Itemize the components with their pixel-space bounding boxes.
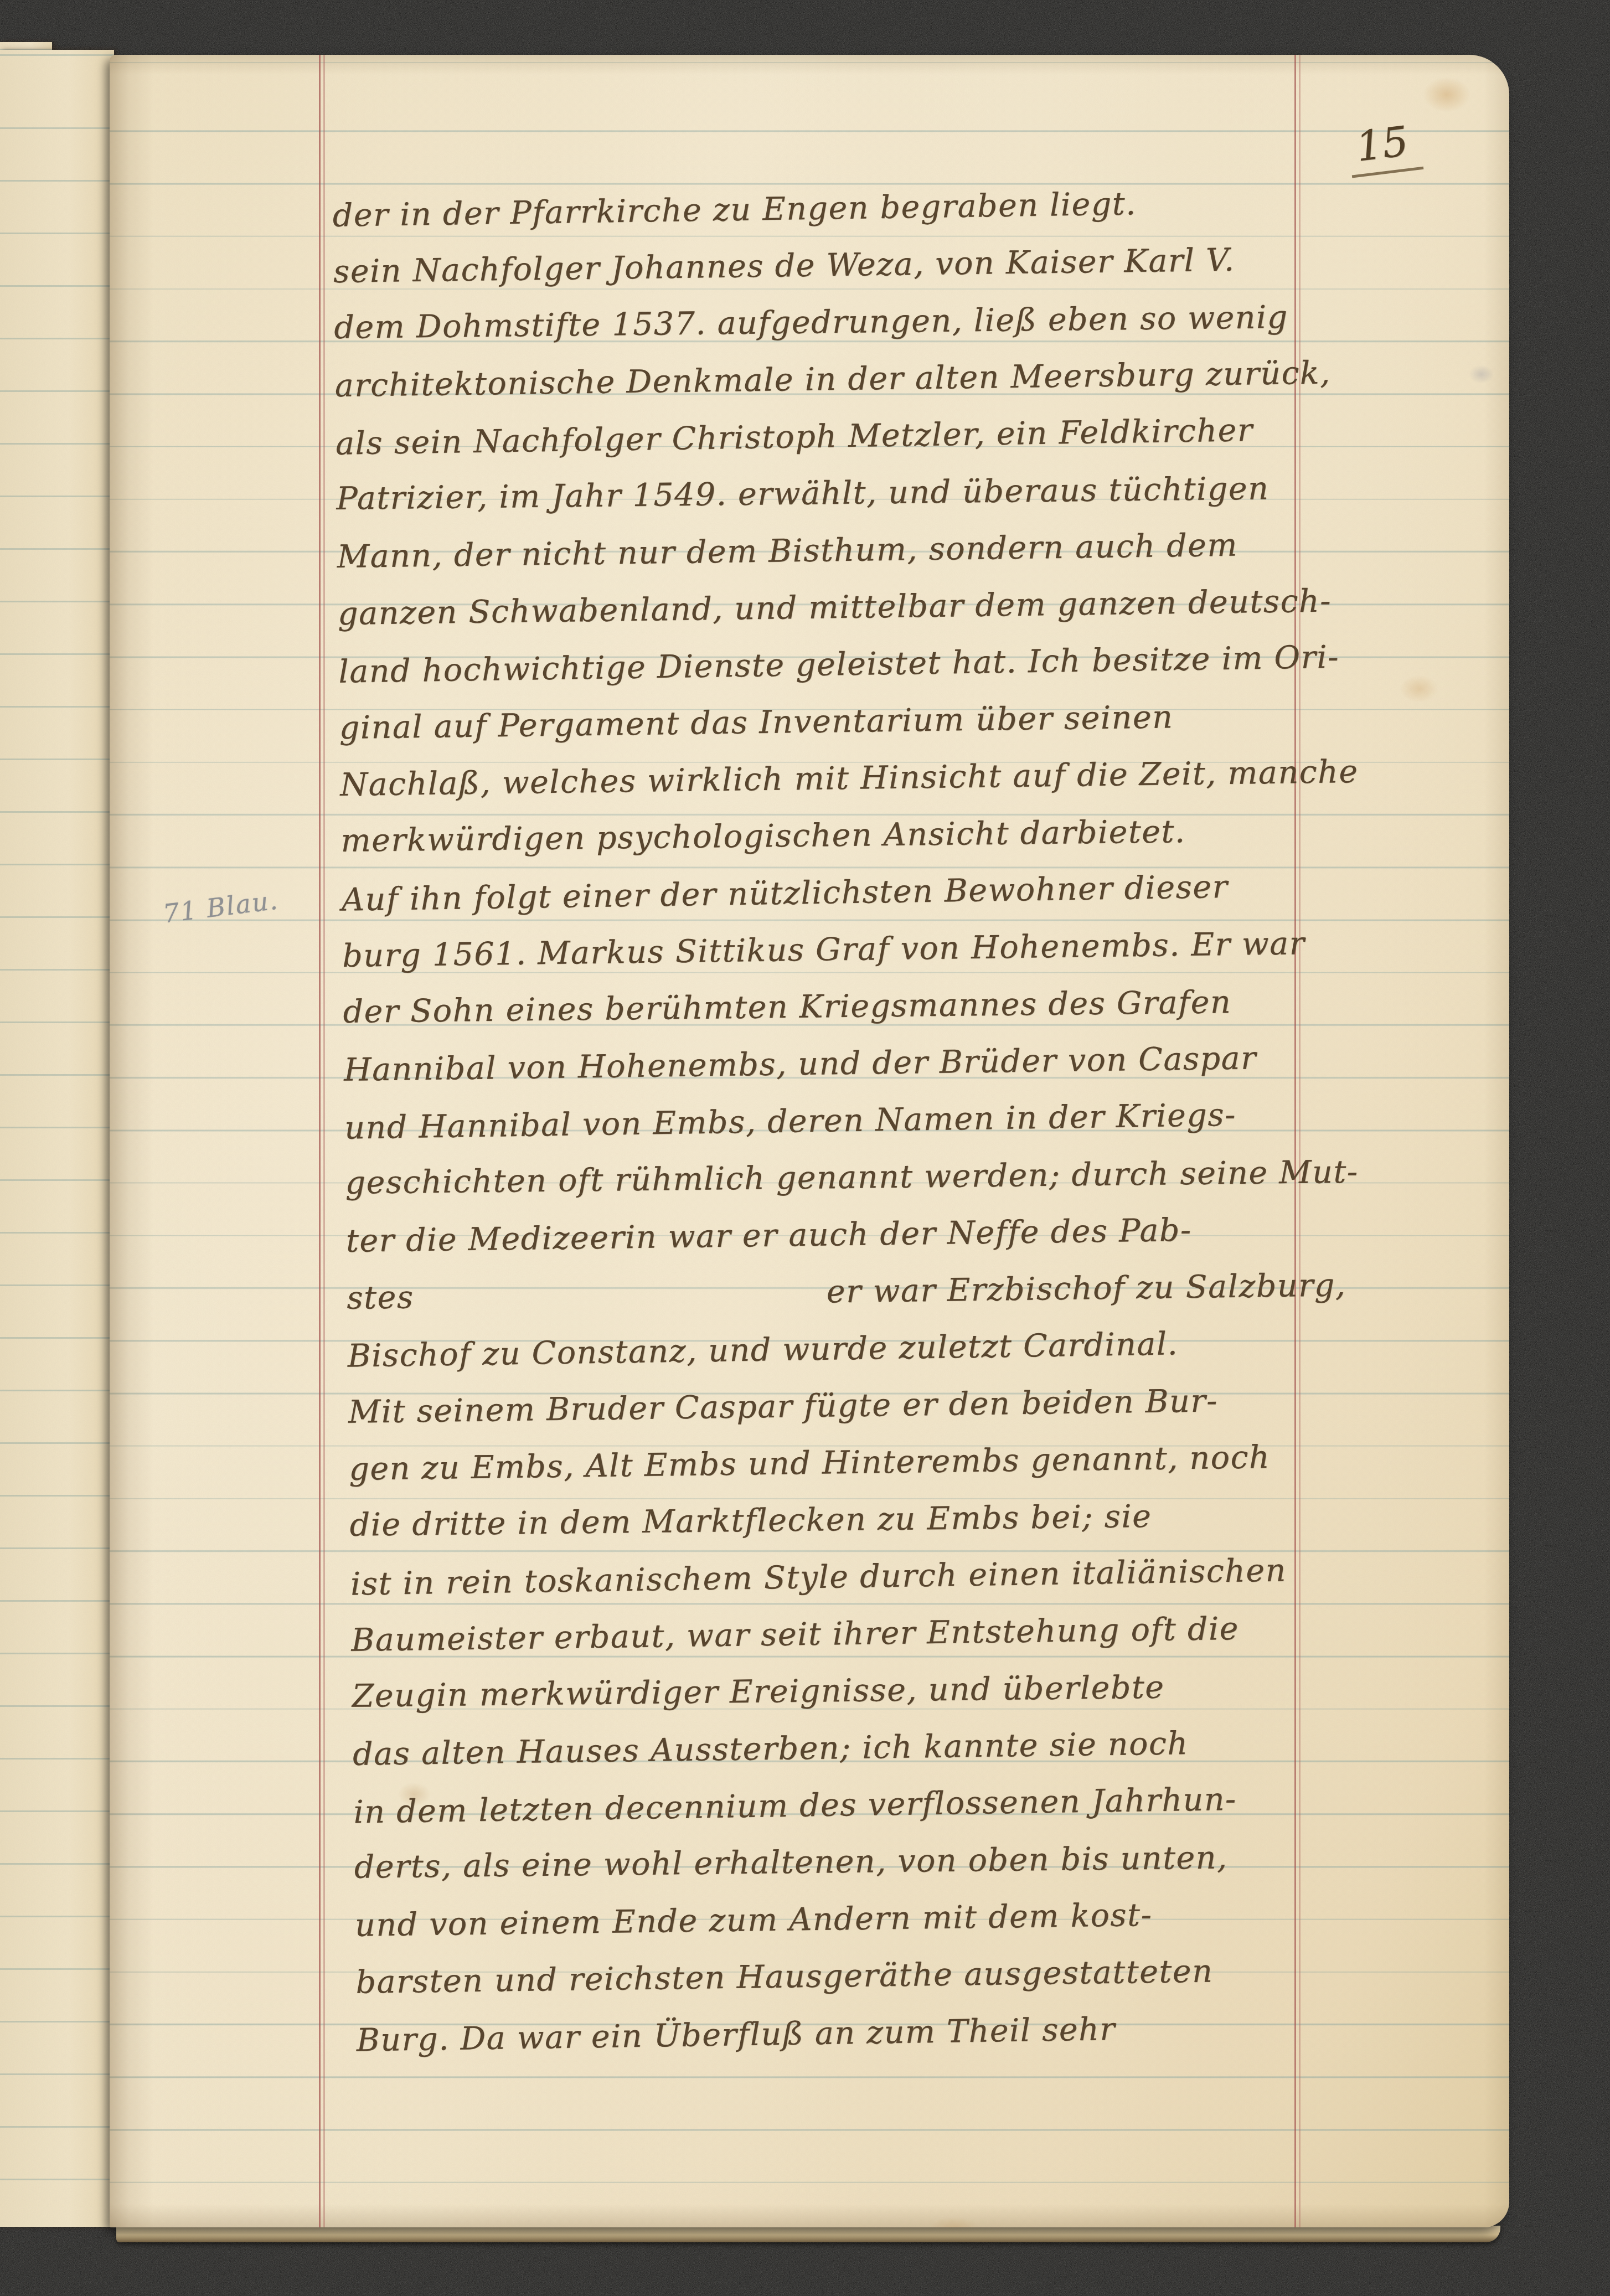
page-stack-bottom-edge — [116, 2226, 1500, 2242]
foxing-spot — [929, 2217, 979, 2227]
page-number: 15 — [1346, 116, 1424, 178]
manuscript-line: Zeugin merkwürdiger Ereignisse, und über… — [352, 1656, 1448, 1725]
manuscript-line: geschichten oft rühmlich genannt werden;… — [345, 1143, 1442, 1212]
left-margin-rule — [323, 55, 325, 2227]
left-margin-rule — [319, 55, 321, 2227]
scanned-notebook-page: 15 71 Blau. der in der Pfarrkirche zu En… — [0, 0, 1610, 2296]
manuscript-page: 15 71 Blau. der in der Pfarrkirche zu En… — [110, 55, 1509, 2227]
ink-smudge — [1469, 365, 1494, 384]
foxing-spot — [1423, 77, 1470, 112]
manuscript-line: dem Dohmstifte 1537. aufgedrungen, ließ … — [334, 287, 1431, 357]
underlying-page-edge — [0, 50, 114, 2227]
manuscript-line: Patrizier, im Jahr 1549. erwählt, und üb… — [336, 458, 1433, 528]
pencil-margin-note: 71 Blau. — [161, 885, 280, 928]
manuscript-text: der in der Pfarrkirche zu Engen begraben… — [332, 172, 1453, 2068]
manuscript-line: der Sohn eines berühmten Kriegsmannes de… — [343, 972, 1439, 1041]
manuscript-line: derts, als eine wohl erhaltenen, von obe… — [354, 1827, 1451, 1896]
